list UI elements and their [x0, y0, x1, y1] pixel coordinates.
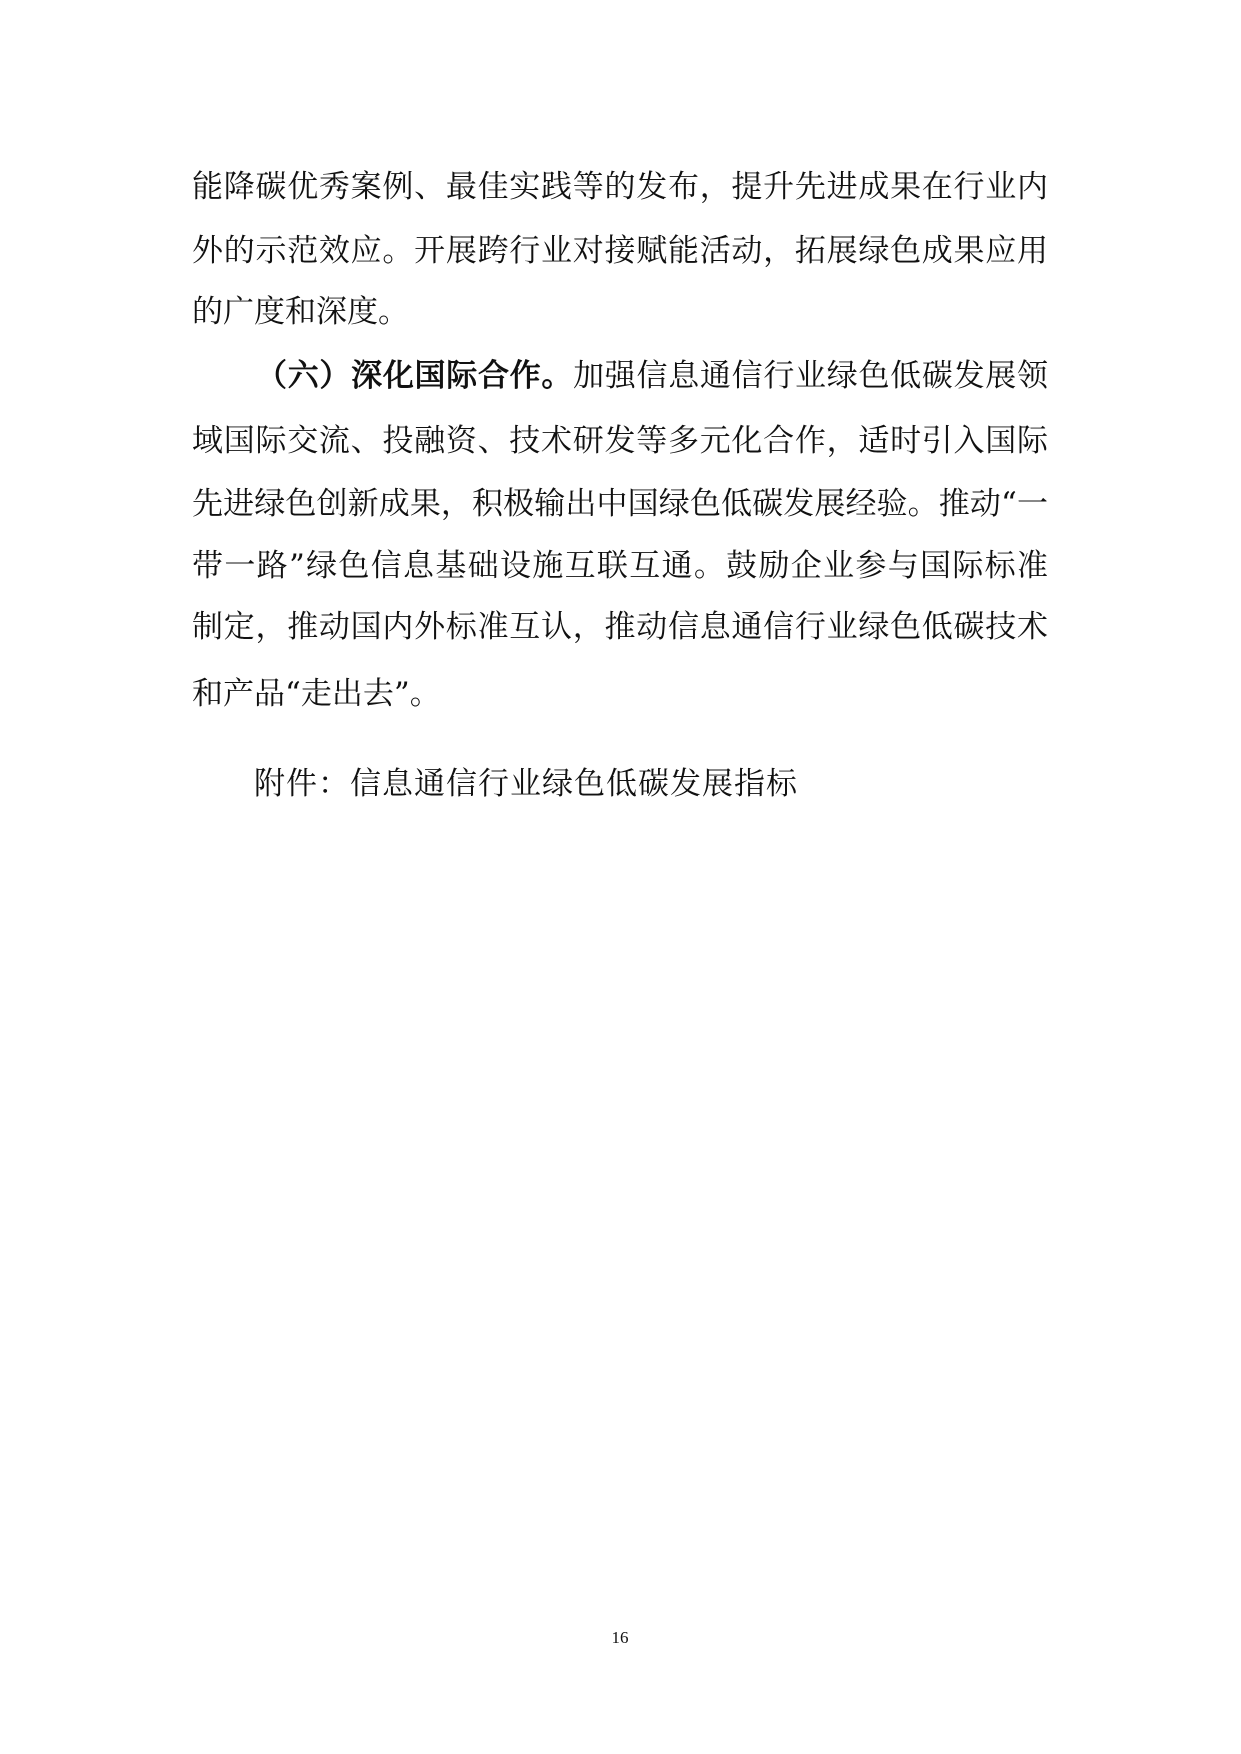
- text-run: 加强信息通信行业绿色低碳发展领: [573, 358, 1048, 394]
- text-line: 制定，推动国内外标准互认，推动信息通信行业绿色低碳技术: [192, 595, 1048, 659]
- text-line: 能降碳优秀案例、最佳实践等的发布，提升先进成果在行业内: [192, 155, 1048, 219]
- text-line: 外的示范效应。开展跨行业对接赋能活动，拓展绿色成果应用: [192, 219, 1048, 283]
- attachment-line: 附件：信息通信行业绿色低碳发展指标: [254, 752, 798, 816]
- text-line-with-heading: （六）深化国际合作。加强信息通信行业绿色低碳发展领: [256, 344, 1048, 408]
- text-line: 带一路”绿色信息基础设施互联互通。鼓励企业参与国际标准: [192, 534, 1048, 598]
- text-line: 域国际交流、投融资、技术研发等多元化合作，适时引入国际: [192, 409, 1048, 473]
- attachment-label: 附件：: [254, 766, 350, 802]
- text-line: 先进绿色创新成果，积极输出中国绿色低碳发展经验。推动“一: [192, 472, 1048, 536]
- document-page: 能降碳优秀案例、最佳实践等的发布，提升先进成果在行业内 外的示范效应。开展跨行业…: [0, 0, 1241, 1754]
- page-number: 16: [600, 1628, 640, 1648]
- text-line: 的广度和深度。: [192, 280, 1048, 344]
- text-line: 和产品“走出去”。: [192, 662, 1048, 726]
- attachment-title: 信息通信行业绿色低碳发展指标: [350, 766, 798, 802]
- section-heading: （六）深化国际合作。: [256, 358, 573, 394]
